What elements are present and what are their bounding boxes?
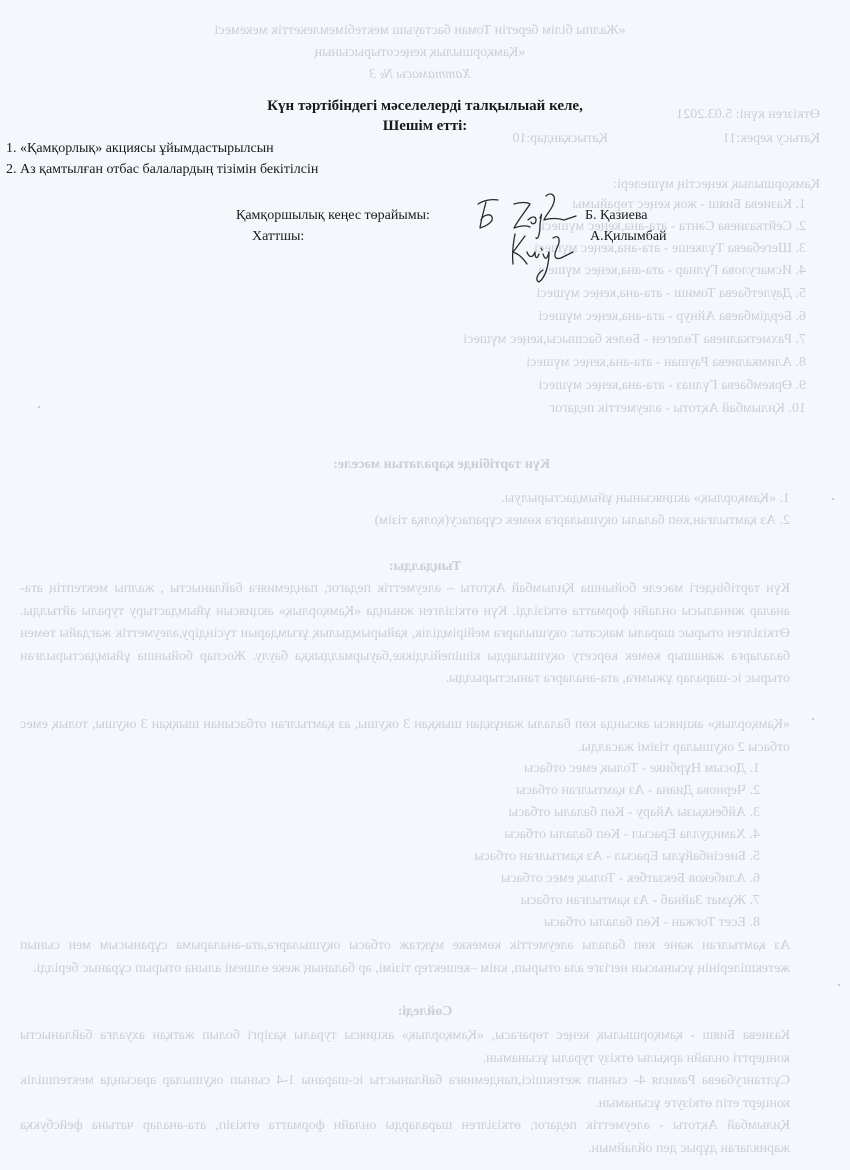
ghost-agenda-item: 1. «Қамқорлық» акциясының ұйымдастырылуы… [501,490,790,508]
secretary-signature [503,230,578,285]
ghost-member: 4. Исмагулова Гүлнар - ата-ана,кеңес мүш… [538,262,806,280]
ghost-member: 8. Алимкалиева Раушан - ата-ана,кеңес мү… [526,354,806,372]
chair-name: Б. Қазиева [585,208,647,224]
ghost-member: 5. Даулетбаева Томиш - ата-ана,кеңес мүш… [536,285,806,303]
decision-item-1: 1. «Қамқорлық» акциясы ұйымдастырылсын [6,141,274,157]
resolution-heading: Күн тәртібіндегі мәселелерді талқылыай к… [0,98,850,115]
ghost-speeches-heading: Сөйледі: [300,1003,550,1021]
ghost-speech: Қилымбай Ақтоты - әлеуметтік педагог, өт… [20,1115,790,1160]
ghost-header-line-3: Хаттамасы № 3 [170,66,670,84]
ghost-member: 7. Рахметкалиева Төлеген - Бөлек басшысы… [463,331,806,349]
ghost-child: 2. Чернова Диана - Аз қамтылған отбасы [516,782,760,800]
ghost-member: 10. Қилымбай Ақтоты - әлеуметтік педагог [549,400,806,418]
ghost-list-intro: «Қамқорлық» акциясы аясында көп балалы ж… [20,714,790,759]
scan-speck [812,718,814,720]
ghost-child: 5. Биесінбайұлы Ерасыл - Аз қамтылған от… [474,848,760,866]
ghost-child: 4. Хамидулла Ерасыл - Көп балалы отбасы [504,826,760,844]
resolution-subheading: Шешім етті: [0,118,850,135]
ghost-agenda-heading: Күн тәртібінде қаралатын мәселе: [333,456,550,474]
scanned-document-page: «Жалпы білім беретін Томан бастауыш мект… [0,0,850,1170]
decision-item-2: 2. Аз қамтылған отбас балалардың тізімін… [6,162,318,178]
chair-label: Қамқоршылық кеңес төрайымы: [236,208,430,224]
ghost-agenda-item: 2. Аз қамтылған,көп балалы оқушыларға кө… [375,512,790,530]
ghost-child: 1. Досым Нұрбике - Толық емес отбасы [524,760,760,778]
scan-speck [838,984,840,986]
ghost-hearing-heading: Тыңдалды: [300,558,550,576]
ghost-child: 8. Есет Тоғжан - Көп балалы отбасы [544,914,760,932]
ghost-child: 6. Алибеков Бекзатбек - Толық емес отбас… [501,870,760,888]
secretary-name: А.Қилымбай [590,229,667,245]
ghost-closing-paragraph: Аз қамтылған және көп балалы әлеуметтік … [20,935,790,980]
ghost-child: 3. Айбекқызы Айару - Көп балалы отбасы [509,804,760,822]
ghost-header-line-2: «Қамқоршылық кеңесотырысының [170,44,670,62]
ghost-header-line-1: «Жалпы білім беретін Томан бастауыш мект… [170,22,670,40]
ghost-members-heading: Қамқоршылық кеңестің мүшелері: [613,176,820,194]
ghost-speech: Казиева Бияш - қамқоршылық кеңес төрағас… [20,1025,790,1070]
scan-speck [832,498,834,500]
ghost-member: 6. Бердімбаева Айнур - ата-ана,кеңес мүш… [538,308,806,326]
ghost-member: 9. Өркембаева Гүлназ - ата-ана,кеңес мүш… [539,377,806,395]
ghost-speech: Сұлтангубаева Рамиля 4- сынып жетекшісі,… [20,1070,790,1115]
ghost-hearing-paragraph: Күн тәртібіндегі мәселе бойынша Қилымбай… [20,578,790,691]
scan-speck [38,406,40,408]
secretary-label: Хаттшы: [252,229,304,245]
ghost-child: 7. Жұмат Зайнаб - Аз қамтылған отбасы [521,892,760,910]
